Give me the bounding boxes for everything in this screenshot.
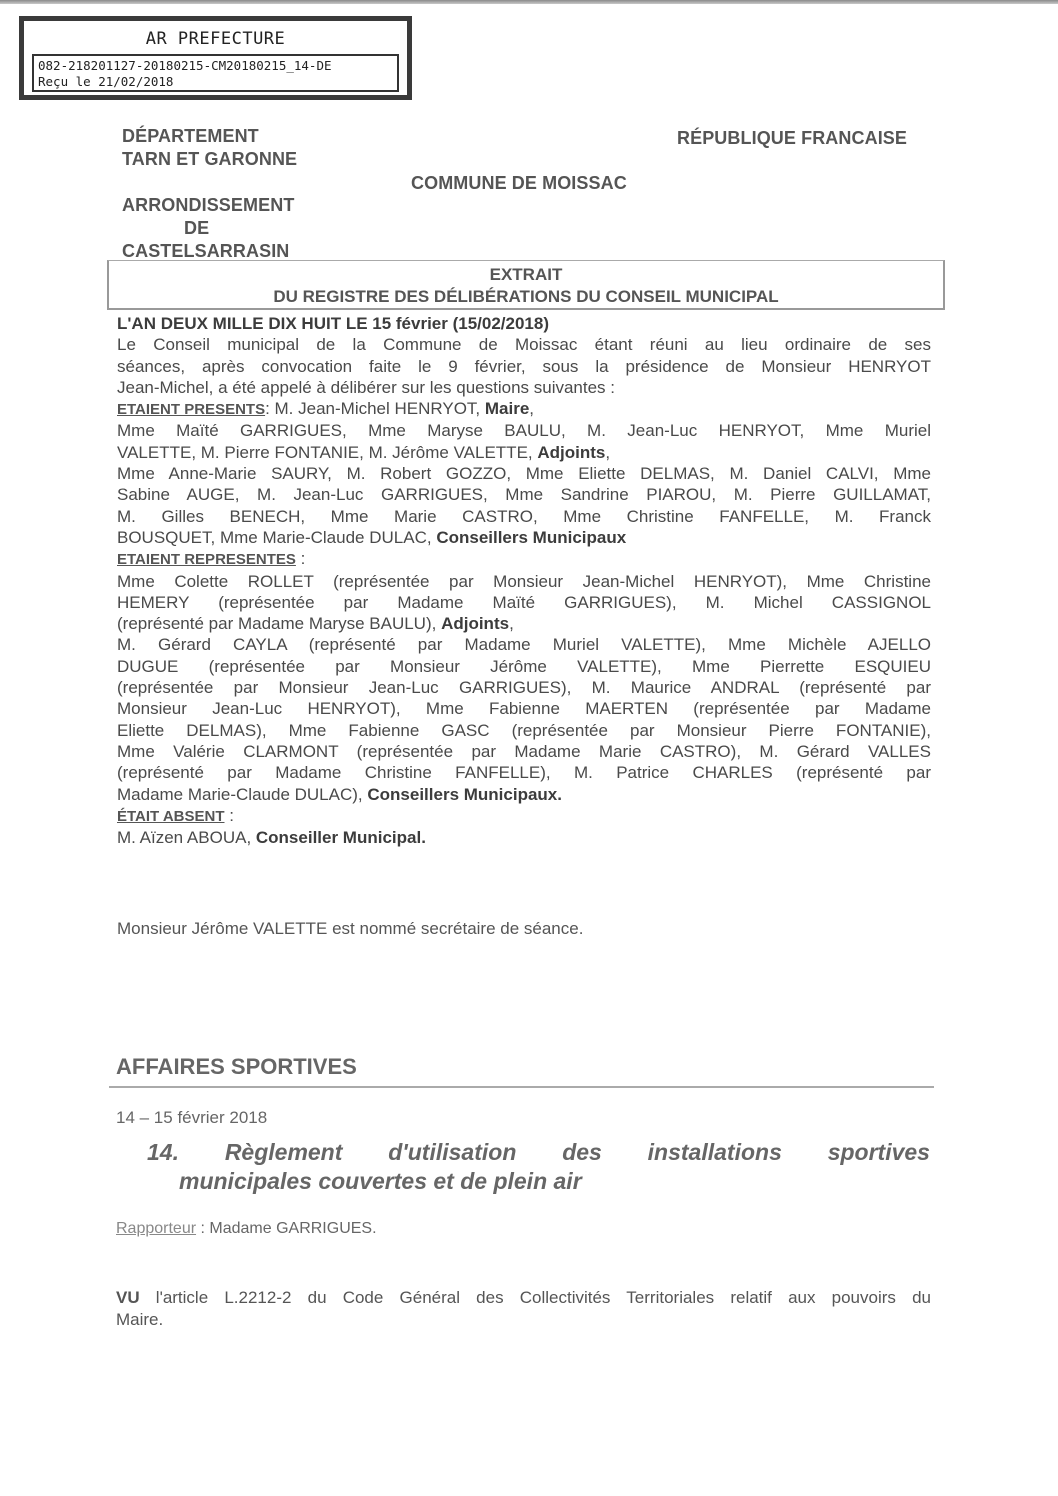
extrait-title-box: EXTRAIT DU REGISTRE DES DÉLIBÉRATIONS DU… bbox=[107, 260, 945, 310]
presents-adjoints-line: VALETTE, M. Pierre FONTANIE, M. Jérôme V… bbox=[117, 442, 931, 463]
role-maire: Maire bbox=[485, 399, 529, 418]
representes-line: Monsieur Jean-Luc HENRYOT), Mme Fabienne… bbox=[117, 698, 931, 719]
session-heading: L'AN DEUX MILLE DIX HUIT LE 15 février (… bbox=[117, 313, 931, 334]
header-de: DE bbox=[122, 217, 297, 240]
header-departement-block: DÉPARTEMENT TARN ET GARONNE ARRONDISSEME… bbox=[122, 125, 297, 263]
prefecture-stamp: AR PREFECTURE 082-218201127-20180215-CM2… bbox=[19, 16, 412, 100]
representes-label-line: ETAIENT REPRESENTES : bbox=[117, 548, 931, 570]
absent-name: M. Aïzen ABOUA, bbox=[117, 828, 256, 847]
representes-line: Madame Marie-Claude DULAC), Conseillers … bbox=[117, 784, 931, 805]
header-republique: RÉPUBLIQUE FRANCAISE bbox=[677, 127, 907, 150]
intro-line: Jean-Michel, a été appelé à délibérer su… bbox=[117, 377, 931, 398]
header-tarn-et-garonne: TARN ET GARONNE bbox=[122, 148, 297, 171]
role-adjoints: Adjoints bbox=[441, 614, 509, 633]
header-spacer bbox=[122, 171, 297, 194]
title-word: d'utilisation bbox=[388, 1138, 516, 1167]
secretaire-seance: Monsieur Jérôme VALETTE est nommé secrét… bbox=[117, 919, 583, 939]
stamp-title: AR PREFECTURE bbox=[24, 29, 407, 49]
stamp-reference: 082-218201127-20180215-CM20180215_14-DE bbox=[38, 58, 393, 74]
representes-line: M. Gérard CAYLA (représenté par Madame M… bbox=[117, 634, 931, 655]
representes-line: DUGUE (représentée par Monsieur Jérôme V… bbox=[117, 656, 931, 677]
scan-edge bbox=[0, 0, 1058, 4]
representes-line: (représenté par Madame Maryse BAULU), Ad… bbox=[117, 613, 931, 634]
section-divider bbox=[109, 1086, 934, 1088]
representes-line: Mme Valérie CLARMONT (représentée par Ma… bbox=[117, 741, 931, 762]
stamp-received-date: Reçu le 21/02/2018 bbox=[38, 74, 393, 90]
absent-label: ÉTAIT ABSENT bbox=[117, 808, 225, 825]
vu-line1: VU l'article L.2212-2 du Code Général de… bbox=[116, 1287, 931, 1309]
vu-keyword: VU bbox=[116, 1288, 140, 1307]
title-word: Règlement bbox=[225, 1138, 343, 1167]
deliberation-body: L'AN DEUX MILLE DIX HUIT LE 15 février (… bbox=[117, 313, 931, 848]
agenda-item-title: 14. Règlement d'utilisation des installa… bbox=[147, 1138, 930, 1196]
presents-conseillers-line: BOUSQUET, Mme Marie-Claude DULAC, Consei… bbox=[117, 527, 931, 548]
role-conseiller: Conseiller Municipal. bbox=[256, 828, 426, 847]
section-date: 14 – 15 février 2018 bbox=[116, 1108, 267, 1128]
vu-text: l'article L.2212-2 du Code Général des C… bbox=[140, 1288, 931, 1307]
representes-label: ETAIENT REPRESENTES bbox=[117, 551, 296, 568]
section-title: AFFAIRES SPORTIVES bbox=[116, 1054, 357, 1080]
vu-line2: Maire. bbox=[116, 1310, 163, 1329]
representes-conseillers-text: Madame Marie-Claude DULAC), bbox=[117, 785, 367, 804]
title-word: sportives bbox=[828, 1138, 930, 1167]
stamp-details: 082-218201127-20180215-CM20180215_14-DE … bbox=[32, 54, 399, 92]
representes-line: Mme Colette ROLLET (représentée par Mons… bbox=[117, 571, 931, 592]
intro-line: Le Conseil municipal de la Commune de Mo… bbox=[117, 334, 931, 355]
role-conseillers: Conseillers Municipaux. bbox=[367, 785, 562, 804]
presents-label: ETAIENT PRESENTS bbox=[117, 401, 265, 418]
rapporteur: Rapporteur : Madame GARRIGUES. bbox=[116, 1220, 377, 1238]
header-arrondissement: ARRONDISSEMENT bbox=[122, 194, 297, 217]
representes-line: (représenté par Madame Christine FANFELL… bbox=[117, 762, 931, 783]
absent-label-line: ÉTAIT ABSENT : bbox=[117, 805, 931, 827]
presents-conseillers-line: Mme Anne-Marie SAURY, M. Robert GOZZO, M… bbox=[117, 463, 931, 484]
presents-adjoints-line: Mme Maïté GARRIGUES, Mme Maryse BAULU, M… bbox=[117, 420, 931, 441]
vu-paragraph: VU l'article L.2212-2 du Code Général de… bbox=[116, 1287, 931, 1331]
rapporteur-label: Rapporteur bbox=[116, 1220, 196, 1237]
representes-line: Eliette DELMAS), Mme Fabienne GASC (repr… bbox=[117, 720, 931, 741]
representes-adjoints-text: (représenté par Madame Maryse BAULU), bbox=[117, 614, 441, 633]
header-commune: COMMUNE DE MOISSAC bbox=[411, 172, 627, 195]
extrait-title: EXTRAIT bbox=[109, 264, 943, 286]
title-word: installations bbox=[648, 1138, 782, 1167]
rapporteur-value: : Madame GARRIGUES. bbox=[196, 1220, 377, 1237]
presents-adjoints-text: VALETTE, M. Pierre FONTANIE, M. Jérôme V… bbox=[117, 443, 537, 462]
role-conseillers: Conseillers Municipaux bbox=[436, 528, 626, 547]
presents-conseillers-line: M. Gilles BENECH, Mme Marie CASTRO, Mme … bbox=[117, 506, 931, 527]
agenda-item-title-line2: municipales couvertes et de plein air bbox=[147, 1167, 930, 1196]
presents-conseillers-line: Sabine AUGE, M. Jean-Luc GARRIGUES, Mme … bbox=[117, 484, 931, 505]
header-departement: DÉPARTEMENT bbox=[122, 125, 297, 148]
agenda-item-number: 14. bbox=[147, 1138, 179, 1167]
agenda-item-title-line1: 14. Règlement d'utilisation des installa… bbox=[147, 1138, 930, 1167]
presents-maire-line: ETAIENT PRESENTS: M. Jean-Michel HENRYOT… bbox=[117, 398, 931, 420]
title-word: des bbox=[562, 1138, 602, 1167]
representes-line: HEMERY (représentée par Madame Maïté GAR… bbox=[117, 592, 931, 613]
extrait-subtitle: DU REGISTRE DES DÉLIBÉRATIONS DU CONSEIL… bbox=[109, 286, 943, 308]
presents-maire: : M. Jean-Michel HENRYOT, bbox=[265, 399, 485, 418]
role-adjoints: Adjoints bbox=[537, 443, 605, 462]
absent-line: M. Aïzen ABOUA, Conseiller Municipal. bbox=[117, 827, 931, 848]
representes-line: (représentée par Monsieur Jean-Luc GARRI… bbox=[117, 677, 931, 698]
intro-line: séances, après convocation faite le 9 fé… bbox=[117, 356, 931, 377]
presents-conseillers-text: BOUSQUET, Mme Marie-Claude DULAC, bbox=[117, 528, 436, 547]
